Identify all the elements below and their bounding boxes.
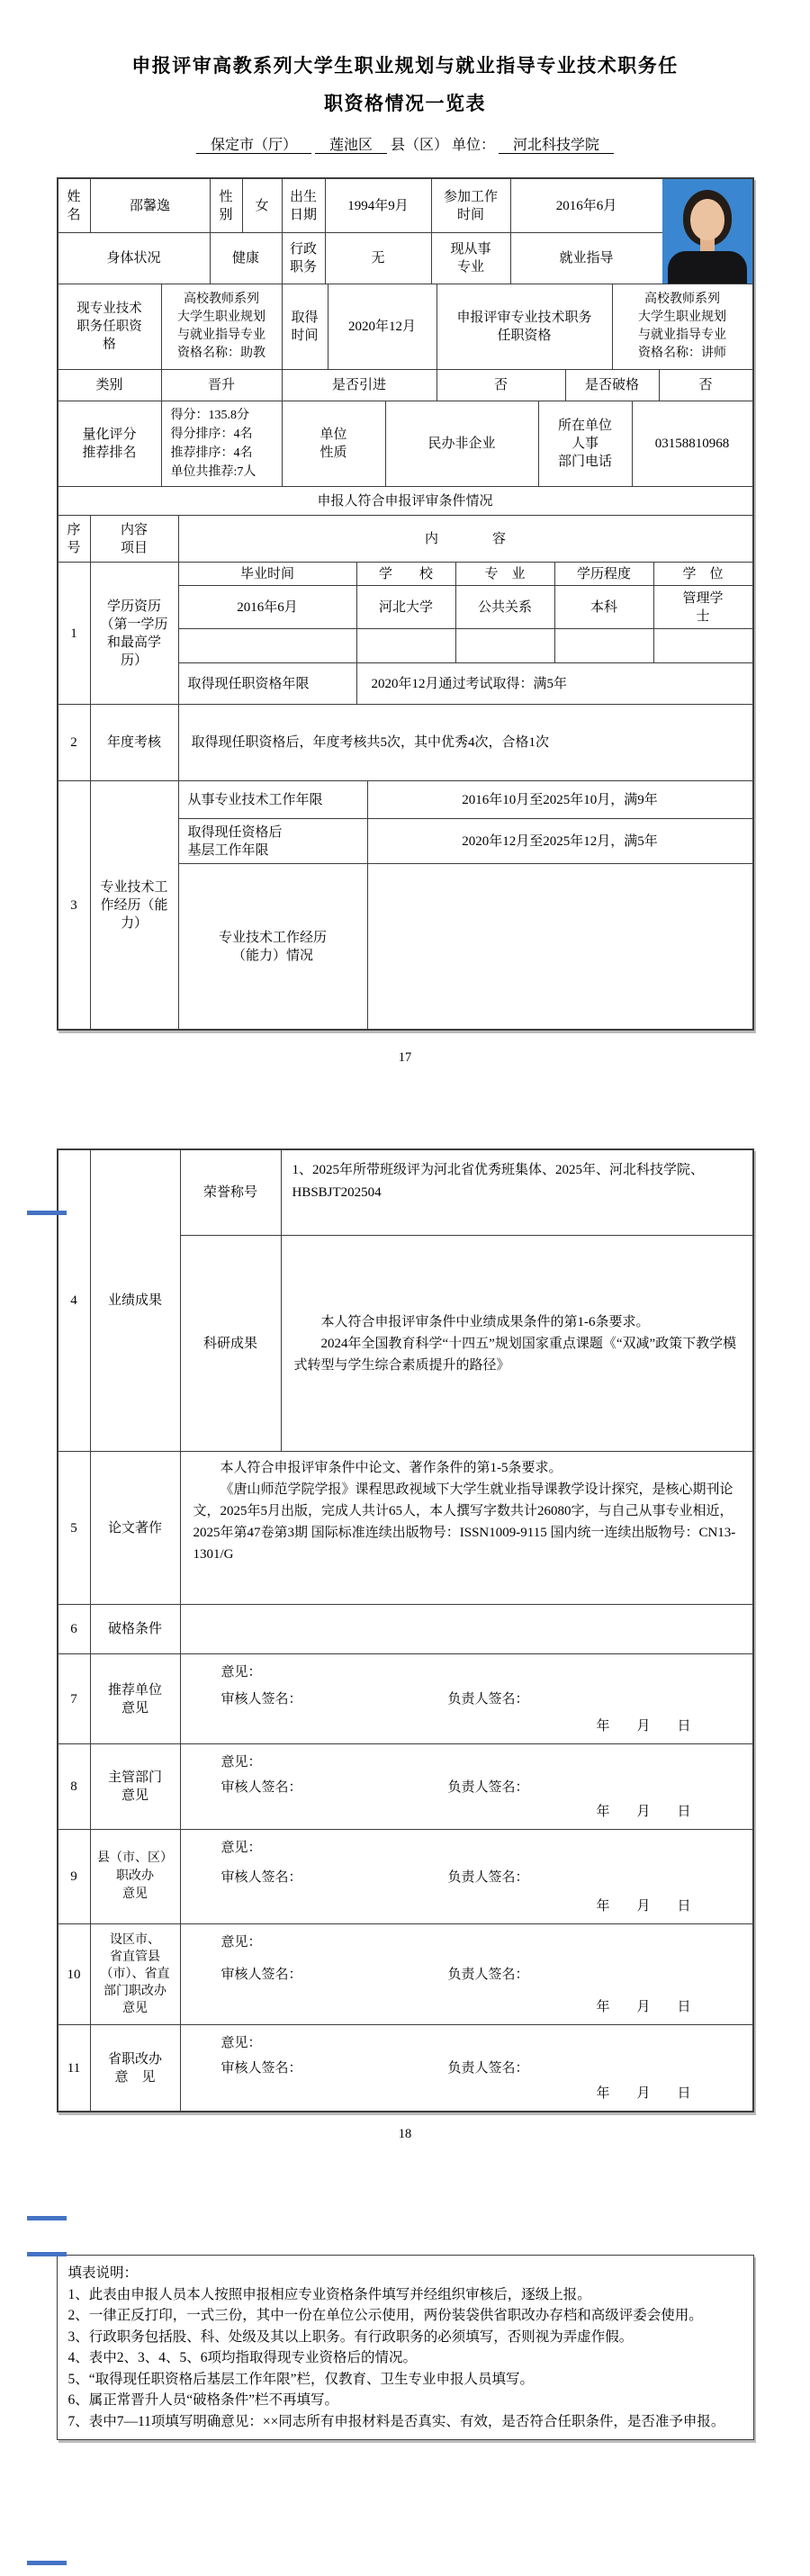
education-subtable: 毕业时间 学 校 专 业 学历程度 学 位 2016年6月 河北大学 公共关系 … [179,563,752,704]
health-label: 身体状况 [58,233,211,284]
exception-row: 6 破格条件 [58,1605,752,1654]
papers-paragraph: 本人符合申报评审条件中论文、著作条件的第1-5条要求。 [193,1457,740,1479]
research-label: 科研成果 [181,1236,282,1451]
imported-value: 否 [437,370,566,401]
achievements-subtable: 荣誉称号 1、2025年所带班级评为河北省优秀班集体、2025年、河北科技学院、… [181,1150,752,1451]
workstart-label: 参加工作 时间 [432,179,511,232]
score-line: 推荐排序：4名 [171,444,256,463]
work-years-value: 2016年10月至2025年10月，满9年 [368,781,752,818]
opinion-text-label: 意见： [181,1752,752,1770]
reviewer-sign-label: 审核人签名： [221,1777,448,1796]
opinion-seq: 11 [58,2025,91,2111]
assessment-seq: 2 [58,705,91,780]
edu-header-row: 毕业时间 学 校 专 业 学历程度 学 位 [179,563,752,586]
work-label: 专业技术工 作经历（能 力） [91,781,179,1029]
opinion-row-department: 8 主管部门 意见 意见： 审核人签名： 负责人签名： 年 月 日 [58,1744,752,1830]
byline-unit: 河北科技学院 [499,138,614,154]
blue-edit-mark [27,2216,67,2220]
school-value: 河北大学 [357,586,456,628]
blue-edit-mark [27,2252,67,2256]
work-experience-row: 3 专业技术工 作经历（能 力） 从事专业技术工作年限 2016年10月至202… [58,781,752,1029]
grassroots-years-row: 取得现任资格后 基层工作年限 2020年12月至2025年12月，满5年 [179,819,752,864]
date-blank-label: 年 月 日 [181,1801,752,1820]
opinion-text-label: 意见： [181,1932,752,1950]
work-subtable: 从事专业技术工作年限 2016年10月至2025年10月，满9年 取得现任资格后… [179,781,752,1029]
exceptional-value: 否 [660,370,752,401]
qual-years-row: 取得现任职资格年限 2020年12月通过考试取得：满5年 [179,663,752,704]
achievements-row: 4 业绩成果 荣誉称号 1、2025年所带班级评为河北省优秀班集体、2025年、… [58,1150,752,1452]
school-header: 学 校 [357,563,456,585]
notes-item: 2、一律正反打印，一式三份，其中一份在单位公示使用，两份装袋供省职改办存档和高级… [68,2305,742,2327]
edu-data-row: 2016年6月 河北大学 公共关系 本科 管理学 士 [179,586,752,629]
admin-post-value: 无 [326,233,432,284]
opinion-text-label: 意见： [181,2032,752,2051]
hr-phone-value: 03158810968 [633,401,752,486]
applied-title-label: 申报评审专业技术职务 任职资格 [437,284,613,369]
work-years-label: 从事专业技术工作年限 [179,781,368,818]
notes-title: 填表说明： [68,2263,742,2284]
name-value: 邵馨逸 [91,179,211,232]
notes-item: 6、属正常晋升人员“破格条件”栏不再填写。 [68,2390,742,2411]
opinion-seq: 7 [58,1654,91,1743]
qualification-table-page2: 4 业绩成果 荣誉称号 1、2025年所带班级评为河北省优秀班集体、2025年、… [57,1148,754,2112]
work-years-row: 从事专业技术工作年限 2016年10月至2025年10月，满9年 [179,781,752,819]
research-row: 科研成果 本人符合申报评审条件中业绩成果条件的第1-6条要求。 2024年全国教… [181,1236,752,1451]
notes-item: 7、表中7—11项填写明确意见：××同志所有申报材料是否真实、有效，是否符合任职… [68,2411,742,2433]
opinion-text-label: 意见： [181,1837,752,1856]
qualification-table-page1: 姓 名 邵馨逸 性 别 女 出生 日期 1994年9月 参加工作 时间 2016… [57,177,754,1031]
photo-body [668,251,747,284]
table-row: 身体状况 健康 行政 职务 无 现从事 专业 就业指导 [58,233,662,284]
current-title-label: 现专业技术 职务任职资 格 [58,284,162,369]
byline-city: 保定市（厅） [196,138,311,154]
item-header: 内容 项目 [91,516,179,562]
major-value: 公共关系 [456,586,555,628]
page-number-17: 17 [0,1050,810,1066]
major-empty [456,629,555,662]
degree-empty [654,629,752,662]
assessment-value: 取得现任职资格后，年度考核共5次，其中优秀4次，合格1次 [179,705,752,780]
score-row: 量化评分 推荐排名 得分：135.8分 得分排序：4名 推荐排序：4名 单位共推… [58,401,752,487]
achievements-label: 业绩成果 [91,1150,181,1451]
applied-title-value: 高校教师系列 大学生职业规划 与就业指导专业 资格名称：讲师 [613,284,752,369]
reviewer-sign-label: 审核人签名： [221,1689,448,1707]
papers-row: 5 论文著作 本人符合申报评审条件中论文、著作条件的第1-5条要求。 《唐山师范… [58,1452,752,1605]
grad-time-empty [179,629,357,662]
category-row: 类别 晋升 是否引进 否 是否破格 否 [58,370,752,401]
grassroots-years-value: 2020年12月至2025年12月，满5年 [368,819,752,863]
notes-item: 4、表中2、3、4、5、6项均指取得现专业资格后的情况。 [68,2347,742,2369]
table-row: 姓 名 邵馨逸 性 别 女 出生 日期 1994年9月 参加工作 时间 2016… [58,179,662,233]
opinion-content: 意见： 审核人签名： 负责人签名： 年 月 日 [181,1744,752,1829]
workstart-value: 2016年6月 [511,179,662,232]
honor-value: 1、2025年所带班级评为河北省优秀班集体、2025年、河北科技学院、HBSBJ… [282,1150,752,1235]
current-title-value: 高校教师系列 大学生职业规划 与就业指导专业 资格名称：助教 [162,284,283,369]
score-line: 得分排序：4名 [171,425,256,444]
blue-edit-mark [27,1211,67,1215]
honor-label: 荣誉称号 [181,1150,282,1235]
admin-post-label: 行政 职务 [283,233,326,284]
work-detail-label: 专业技术工作经历 （能力）情况 [179,864,368,1029]
research-value: 本人符合申报评审条件中业绩成果条件的第1-6条要求。 2024年全国教育科学“十… [282,1236,752,1451]
category-value: 晋升 [162,370,283,401]
reviewer-sign-label: 审核人签名： [221,1964,448,1983]
opinion-row-unit: 7 推荐单位 意见 意见： 审核人签名： 负责人签名： 年 月 日 [58,1654,752,1744]
birthdate-label: 出生 日期 [283,179,326,232]
notes-item: 3、行政职务包括股、科、处级及其以上职务。有行政职务的必须填写，否则视为弄虚作假… [68,2327,742,2348]
health-value: 健康 [211,233,283,284]
opinion-row-county: 9 县（市、区） 职改办 意见 意见： 审核人签名： 负责人签名： 年 月 日 [58,1830,752,1924]
work-seq: 3 [58,781,91,1029]
exception-value [181,1605,752,1653]
opinion-content: 意见： 审核人签名： 负责人签名： 年 月 日 [181,1830,752,1923]
gender-value: 女 [243,179,283,232]
opinion-row-city: 10 设区市、 省直管县 （市）、省直 部门职改办 意见 意见： 审核人签名： … [58,1924,752,2025]
score-line: 得分：135.8分 [171,406,256,425]
edu-level-empty [555,629,654,662]
opinion-content: 意见： 审核人签名： 负责人签名： 年 月 日 [181,1924,752,2024]
papers-seq: 5 [58,1452,91,1604]
leader-sign-label: 负责人签名： [448,1867,529,1886]
conditions-header-row: 申报人符合申报评审条件情况 [58,487,752,516]
unit-type-label: 单位 性质 [283,401,386,486]
qual-years-value: 2020年12月通过考试取得：满5年 [357,663,752,704]
opinion-label: 主管部门 意见 [91,1744,181,1829]
research-paragraph: 2024年全国教育科学“十四五”规划国家重点课题《“双减”政策下教学模式转型与学… [294,1333,740,1376]
major-header: 专 业 [456,563,555,585]
exceptional-label: 是否破格 [566,370,660,401]
opinion-label: 省职改办 意 见 [91,2025,181,2111]
leader-sign-label: 负责人签名： [448,1964,529,1983]
identity-section: 姓 名 邵馨逸 性 别 女 出生 日期 1994年9月 参加工作 时间 2016… [58,179,752,284]
blue-edit-mark [27,2561,67,2565]
edu-level-value: 本科 [555,586,654,628]
leader-sign-label: 负责人签名： [448,2058,529,2076]
qualification-row: 现专业技术 职务任职资 格 高校教师系列 大学生职业规划 与就业指导专业 资格名… [58,284,752,370]
education-row: 1 学历资历 （第一学历 和最高学 历） 毕业时间 学 校 专 业 学历程度 学… [58,563,752,705]
photo-face [690,199,724,240]
byline: 保定市（厅） 莲池区 县（区） 单位： 河北科技学院 [0,133,810,154]
document-page: { "title": { "line1": "申报评审高教系列大学生职业规划与就… [0,0,810,2576]
qual-years-label: 取得现任职资格年限 [179,663,357,704]
current-major-value: 就业指导 [511,233,662,284]
opinion-label: 推荐单位 意见 [91,1654,181,1743]
birthdate-value: 1994年9月 [326,179,432,232]
reviewer-sign-label: 审核人签名： [221,2058,448,2076]
id-photo [662,179,752,284]
opinion-seq: 9 [58,1830,91,1923]
conditions-header: 申报人符合申报评审条件情况 [58,487,752,515]
doc-title-line2: 职资格情况一览表 [0,92,810,117]
exception-seq: 6 [58,1605,91,1653]
date-blank-label: 年 月 日 [181,1996,752,2015]
opinion-row-province: 11 省职改办 意 见 意见： 审核人签名： 负责人签名： 年 月 日 [58,2025,752,2111]
content-header: 内 容 [179,516,752,562]
category-label: 类别 [58,370,162,401]
work-detail-row: 专业技术工作经历 （能力）情况 [179,864,752,1029]
notes-item: 1、此表由申报人员本人按照申报相应专业资格条件填写并经组织审核后，逐级上报。 [68,2284,742,2306]
opinion-seq: 10 [58,1924,91,2024]
work-detail-value [368,864,752,1029]
name-label: 姓 名 [58,179,91,232]
score-rank-value: 得分：135.8分 得分排序：4名 推荐排序：4名 单位共推荐:7人 [162,401,283,486]
edu-empty-row [179,629,752,663]
score-line: 单位共推荐:7人 [171,463,256,482]
score-rank-label: 量化评分 推荐排名 [58,401,162,486]
degree-value: 管理学 士 [654,586,752,628]
papers-paragraph: 《唐山师范学院学报》课程思政视域下大学生就业指导课教学设计探究，是核心期刊论文，… [193,1479,740,1565]
achievements-seq: 4 [58,1150,91,1451]
leader-sign-label: 负责人签名： [448,1689,529,1707]
opinion-seq: 8 [58,1744,91,1829]
byline-district: 莲池区 [315,138,387,154]
hr-phone-label: 所在单位 人事 部门电话 [539,401,633,486]
school-empty [357,629,456,662]
identity-left: 姓 名 邵馨逸 性 别 女 出生 日期 1994年9月 参加工作 时间 2016… [58,179,662,284]
research-paragraph: 本人符合申报评审条件中业绩成果条件的第1-6条要求。 [294,1311,740,1333]
reviewer-sign-label: 审核人签名： [221,1867,448,1886]
grad-time-header: 毕业时间 [179,563,357,585]
current-major-label: 现从事 专业 [432,233,511,284]
education-seq: 1 [58,563,91,704]
grassroots-years-label: 取得现任资格后 基层工作年限 [179,819,368,863]
degree-header: 学 位 [654,563,752,585]
imported-label: 是否引进 [283,370,437,401]
notes-item: 5、“取得现任职资格后基层工作年限”栏，仅教育、卫生专业申报人员填写。 [68,2369,742,2391]
obtain-time-label: 取得 时间 [283,284,328,369]
gender-label: 性 别 [211,179,243,232]
opinion-label: 设区市、 省直管县 （市）、省直 部门职改办 意见 [91,1924,181,2024]
date-blank-label: 年 月 日 [181,1896,752,1914]
grad-time-value: 2016年6月 [179,586,357,628]
leader-sign-label: 负责人签名： [448,1777,529,1796]
byline-mid-label: 县（区） 单位： [391,138,495,153]
opinion-label: 县（市、区） 职改办 意见 [91,1830,181,1923]
papers-label: 论文著作 [91,1452,181,1604]
page-number-18: 18 [0,2127,810,2142]
assessment-label: 年度考核 [91,705,179,780]
exception-label: 破格条件 [91,1605,181,1653]
papers-value: 本人符合申报评审条件中论文、著作条件的第1-5条要求。 《唐山师范学院学报》课程… [181,1452,752,1604]
opinion-content: 意见： 审核人签名： 负责人签名： 年 月 日 [181,2025,752,2111]
opinion-text-label: 意见： [181,1662,752,1680]
date-blank-label: 年 月 日 [181,2083,752,2102]
date-blank-label: 年 月 日 [181,1716,752,1734]
obtain-time-value: 2020年12月 [328,284,437,369]
honor-row: 荣誉称号 1、2025年所带班级评为河北省优秀班集体、2025年、河北科技学院、… [181,1150,752,1236]
unit-type-value: 民办非企业 [386,401,539,486]
columns-header-row: 序 号 内容 项目 内 容 [58,516,752,563]
edu-level-header: 学历程度 [555,563,654,585]
education-label: 学历资历 （第一学历 和最高学 历） [91,563,179,704]
fill-instructions-box: 填表说明： 1、此表由申报人员本人按照申报相应专业资格条件填写并经组织审核后，逐… [57,2255,754,2440]
assessment-row: 2 年度考核 取得现任职资格后，年度考核共5次，其中优秀4次，合格1次 [58,705,752,781]
doc-title-line1: 申报评审高教系列大学生职业规划与就业指导专业技术职务任 [0,0,810,79]
seq-header: 序 号 [58,516,91,562]
opinion-content: 意见： 审核人签名： 负责人签名： 年 月 日 [181,1654,752,1743]
